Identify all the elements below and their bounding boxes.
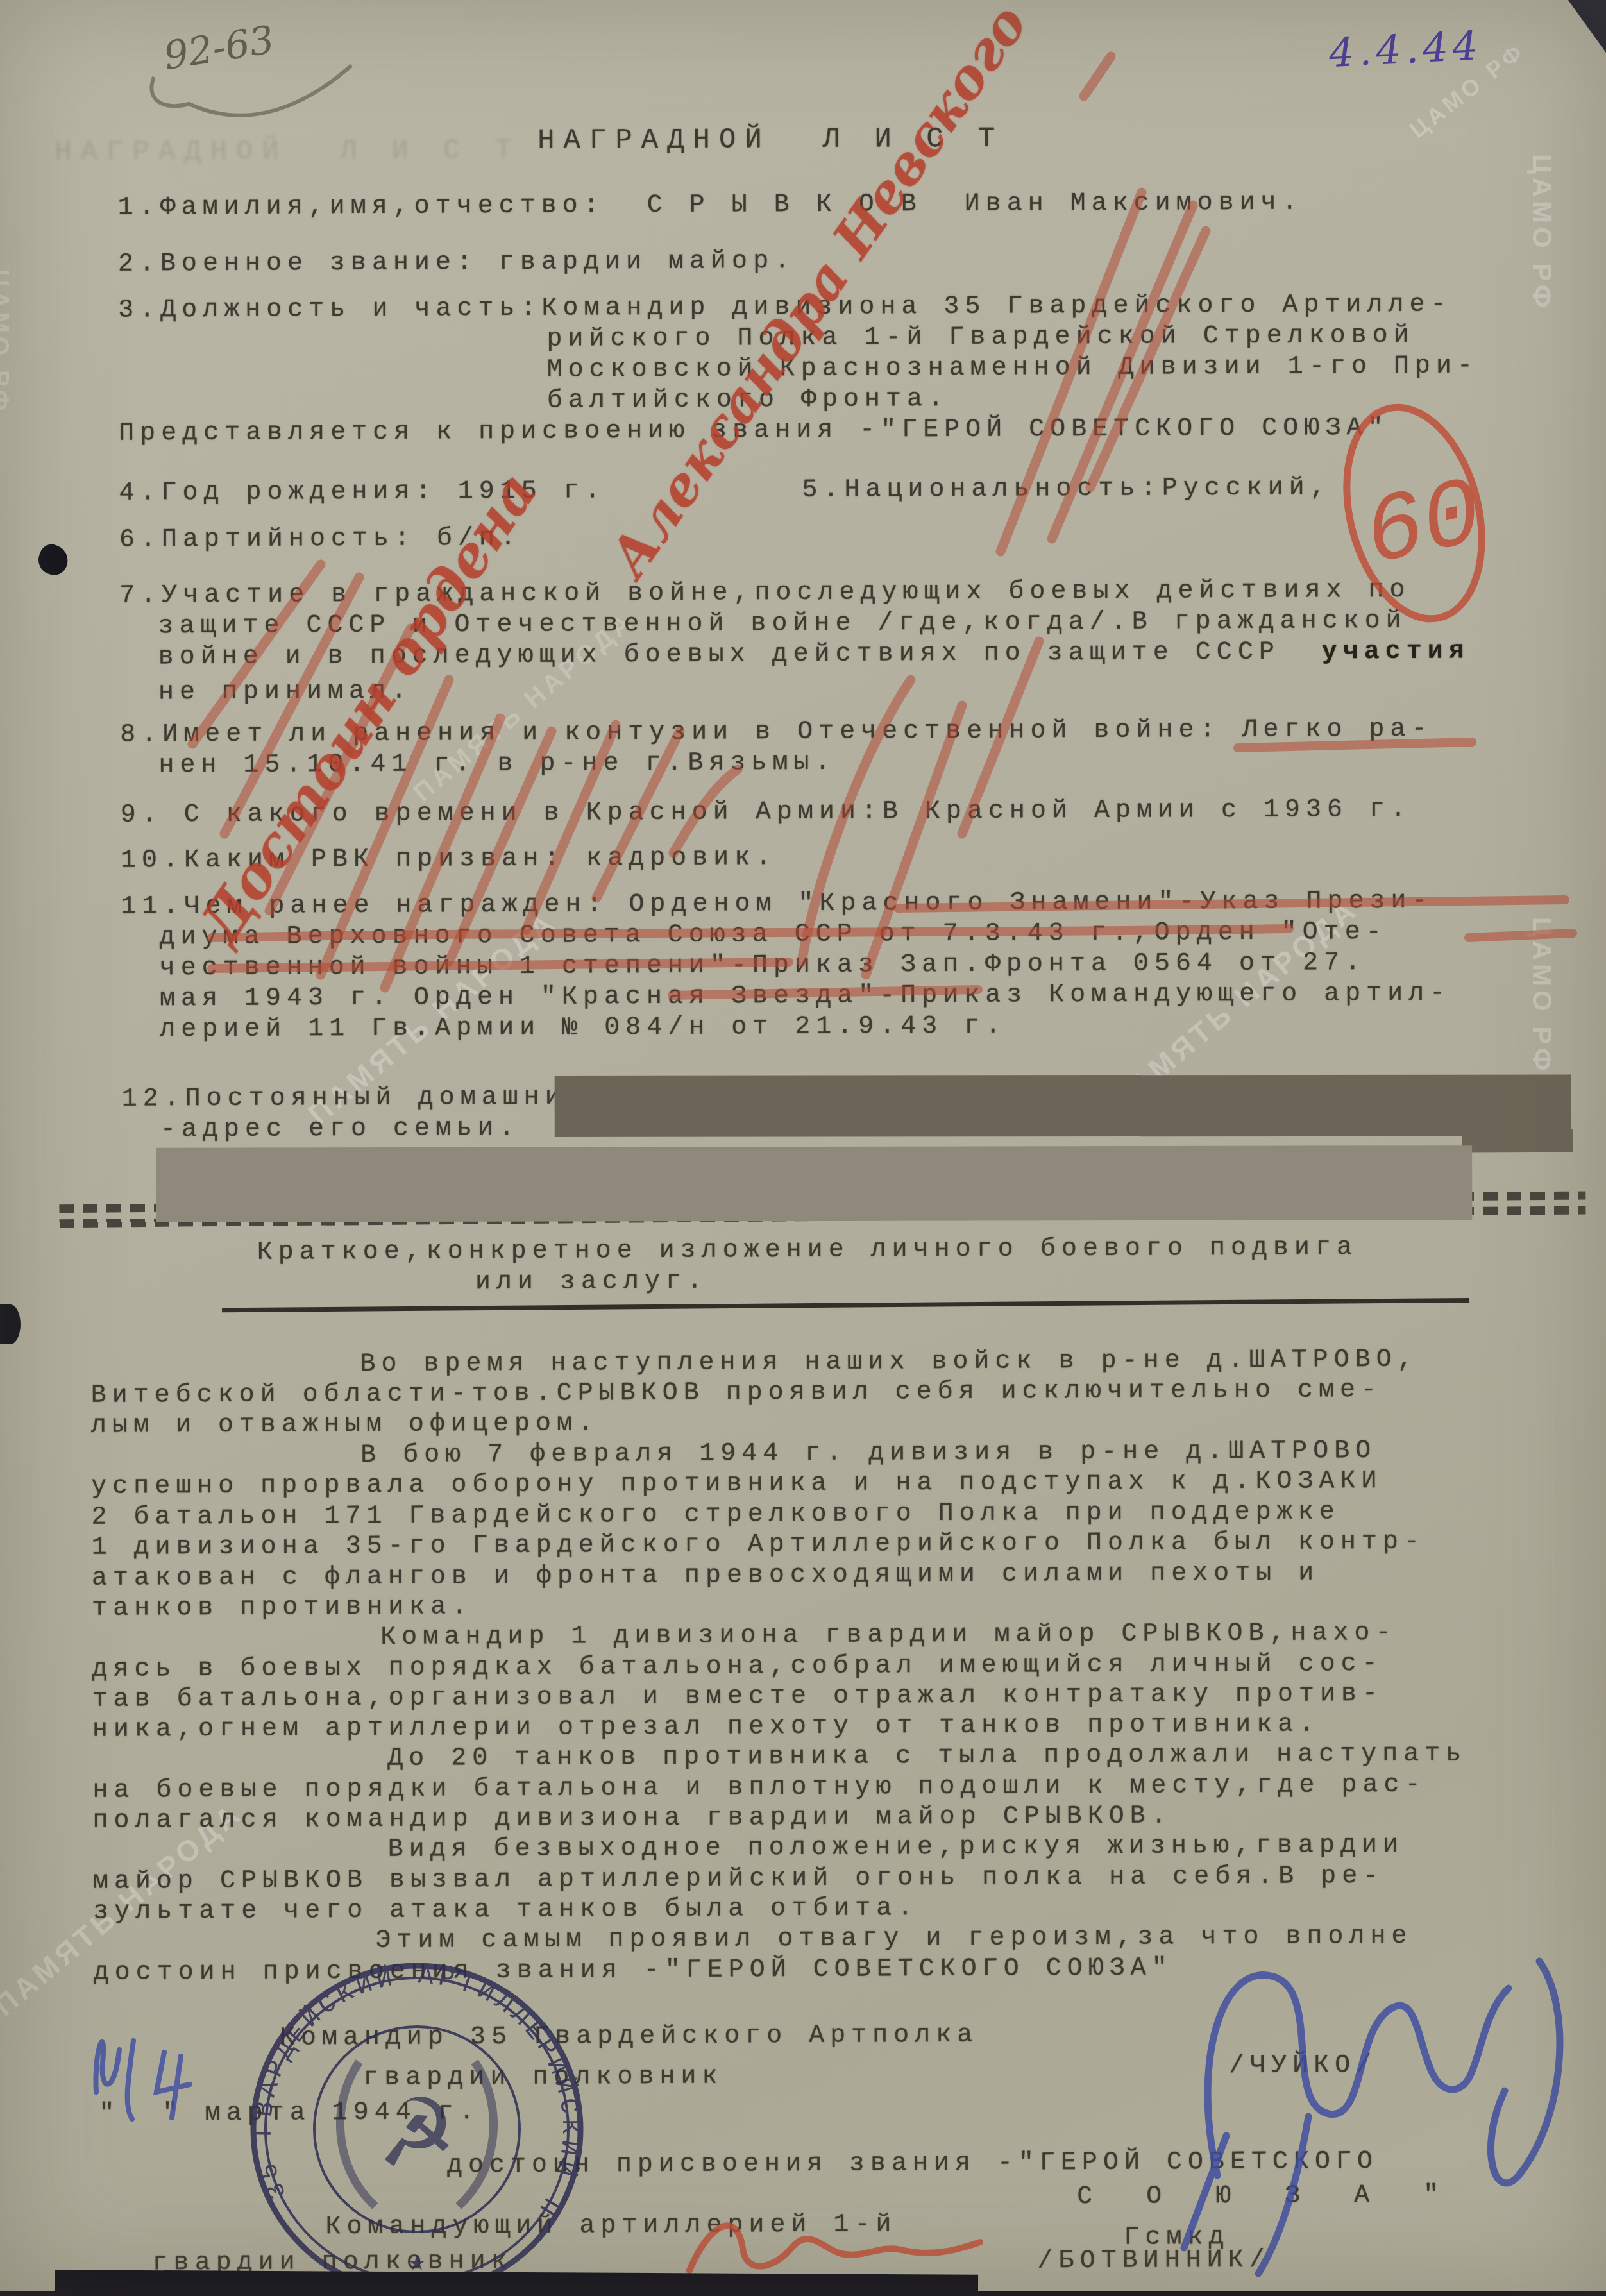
red-circled-number: 60: [1326, 393, 1502, 633]
pencil-flourish: [151, 65, 351, 115]
scan-edge-bottom-thin: [0, 2291, 1606, 2296]
signature-botvinnik-ink: [689, 2225, 980, 2270]
unit-stamp: 35 ГВАРДЕЙСКИЙ АРТИЛЛЕРИЙСКИЙ ПОЛК ☭ ★: [0, 0, 584, 2293]
ink-blob: [0, 1304, 21, 1344]
stamp-emblem-hammer-sickle: ☭: [384, 2076, 450, 2200]
red-pencil-strokes: [192, 56, 1206, 988]
ink-overlay: 60 35 Г: [0, 0, 1606, 2296]
award-sheet-scan: ПАМЯТЬ НАРОДА ПАМЯТЬ НАРОДА ПАМЯТЬ НАРОД…: [0, 0, 1606, 2296]
signature-chuiko-ink: [1184, 1961, 1560, 2274]
red-underlines: [212, 742, 1573, 995]
stamp-ring-text: 35 ГВАРДЕЙСКИЙ АРТИЛЛЕРИЙСКИЙ ПОЛК: [0, 0, 584, 2224]
blue-margin-marks: [96, 2041, 190, 2119]
red-number-60: 60: [1356, 461, 1491, 592]
